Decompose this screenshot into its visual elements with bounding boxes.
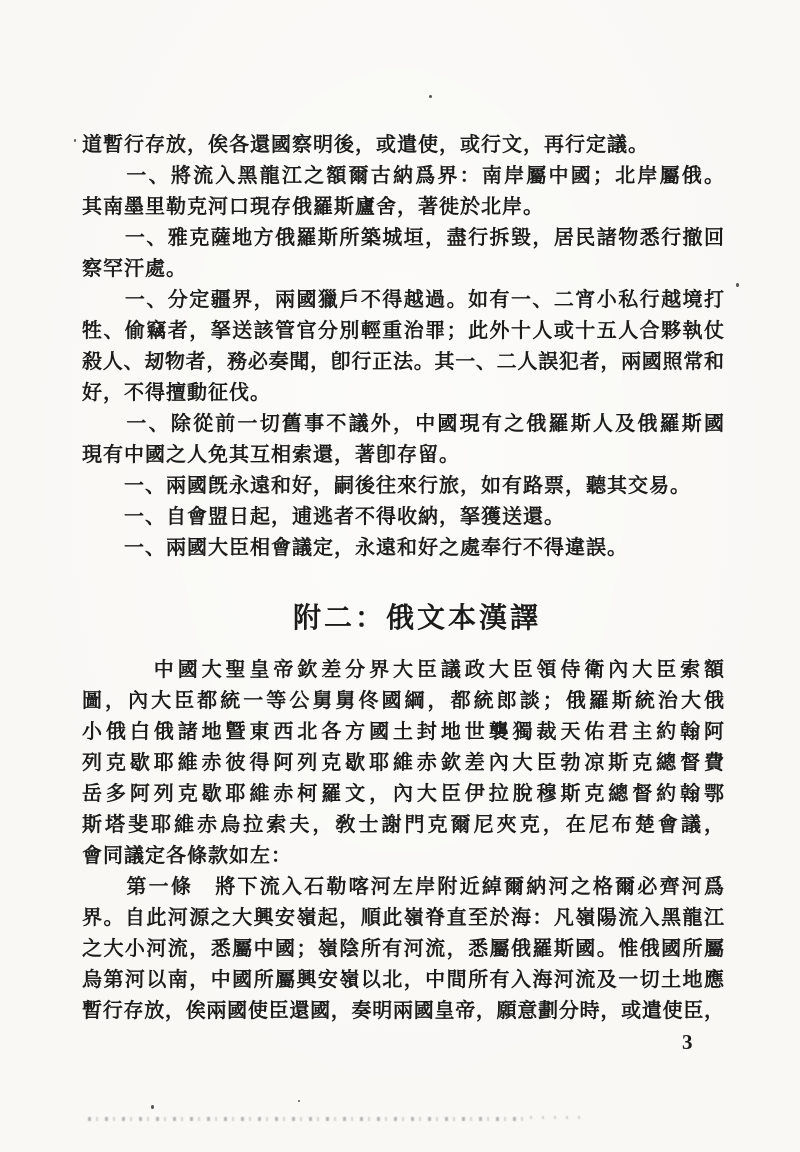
text-line: 小俄白俄諸地曁東西北各方國土封地世襲獨裁天佑君主約翰阿 xyxy=(82,717,724,748)
text-line: 道暫行存放，俟各還國察明後，或遣使，或行文，再行定議。 xyxy=(82,130,724,161)
scanned-book-page: 道暫行存放，俟各還國察明後，或遣使，或行文，再行定議。 一、將流入黑龍江之額爾古… xyxy=(0,0,800,1152)
treaty-clauses-section: 道暫行存放，俟各還國察明後，或遣使，或行文，再行定議。 一、將流入黑龍江之額爾古… xyxy=(82,130,724,564)
text-line: 中國大聖皇帝欽差分界大臣議政大臣領侍衛內大臣索額 xyxy=(82,655,724,686)
text-line: 圖，內大臣都統一等公舅舅佟國綱，都統郎談；俄羅斯統治大俄 xyxy=(82,686,724,717)
russian-text-translation-section: 中國大聖皇帝欽差分界大臣議政大臣領侍衛內大臣索額圖，內大臣都統一等公舅舅佟國綱，… xyxy=(82,655,724,1027)
text-line: 界。自此河源之大興安嶺起，順此嶺脊直至於海：凡嶺陽流入黑龍江 xyxy=(82,903,724,934)
text-line: 其南墨里勒克河口現存俄羅斯廬舍，著徙於北岸。 xyxy=(82,192,724,223)
text-line: 一、將流入黑龍江之額爾古納爲界：南岸屬中國；北岸屬俄。 xyxy=(82,161,724,192)
scan-speck xyxy=(74,139,76,142)
scan-bleedthrough-artifact xyxy=(530,1116,590,1119)
scan-speck xyxy=(151,1105,154,1109)
text-line: 烏第河以南，中國所屬興安嶺以北，中間所有入海河流及一切土地應 xyxy=(82,965,724,996)
text-line: 殺人、刼物者，務必奏聞，卽行正法。其一、二人誤犯者，兩國照常和 xyxy=(82,347,724,378)
text-line: 暫行存放，俟兩國使臣還國，奏明兩國皇帝，願意劃分時，或遣使臣， xyxy=(82,996,724,1027)
text-line: 察罕汗處。 xyxy=(82,254,724,285)
text-line: 第一條 將下流入石勒喀河左岸附近綽爾納河之格爾必齊河爲 xyxy=(82,872,724,903)
scan-speck xyxy=(736,283,739,287)
text-line: 一、雅克薩地方俄羅斯所築城垣，盡行拆毀，居民諸物悉行撤回 xyxy=(82,223,724,254)
text-line: 現有中國之人免其互相索還，著卽存留。 xyxy=(82,440,724,471)
text-line: 一、分定疆界，兩國獵戶不得越過。如有一、二宵小私行越境打 xyxy=(82,285,724,316)
scan-speck xyxy=(429,95,432,98)
text-line: 好，不得擅動征伐。 xyxy=(82,378,724,409)
text-line: 牲、偷竊者，拏送該管官分別輕重治罪；此外十人或十五人合夥執仗 xyxy=(82,316,724,347)
scan-bleedthrough-artifact xyxy=(88,1117,526,1121)
text-line: 列克歇耶維赤彼得阿列克歇耶維赤欽差內大臣勃凉斯克總督費 xyxy=(82,748,724,779)
text-line: 一、兩國大臣相會議定，永遠和好之處奉行不得違誤。 xyxy=(82,533,724,564)
text-line: 斯塔斐耶維赤烏拉索夫，敎士謝門克爾尼夾克，在尼布楚會議， xyxy=(82,810,724,841)
text-line: 之大小河流，悉屬中國；嶺陰所有河流，悉屬俄羅斯國。惟俄國所屬 xyxy=(82,934,724,965)
page-number: 3 xyxy=(682,1030,693,1055)
text-line: 一、自會盟日起，逋逃者不得收納，拏獲送還。 xyxy=(82,502,724,533)
text-line: 一、除從前一切舊事不議外，中國現有之俄羅斯人及俄羅斯國 xyxy=(82,409,724,440)
scan-speck xyxy=(298,1100,300,1102)
text-line: 一、兩國旣永遠和好，嗣後往來行旅，如有路票，聽其交易。 xyxy=(82,471,724,502)
text-line: 會同議定各條款如左： xyxy=(82,841,724,872)
text-line: 岳多阿列克歇耶維赤柯羅文，內大臣伊拉脫穆斯克總督約翰鄂 xyxy=(82,779,724,810)
appendix-heading: 附二：俄文本漢譯 xyxy=(96,596,738,636)
